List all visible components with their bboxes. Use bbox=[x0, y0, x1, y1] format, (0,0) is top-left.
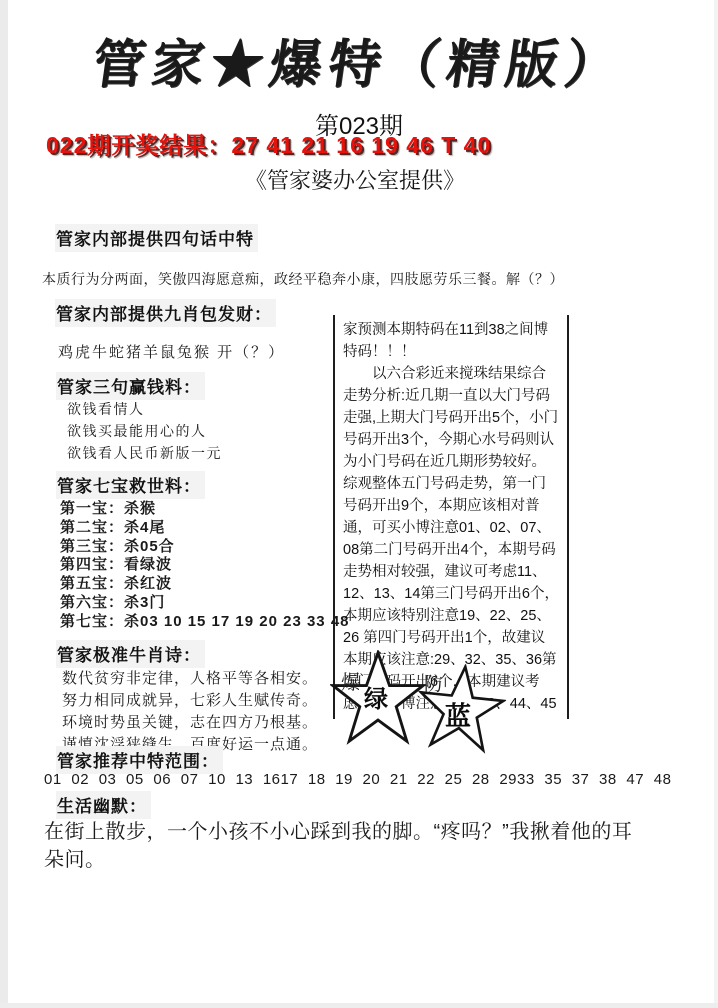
poem-line: 环境时势虽关键，志在四方乃根基。 bbox=[62, 712, 318, 734]
nine-zodiac-content: 鸡虎牛蛇猪羊鼠兔猴 开（？） bbox=[58, 341, 285, 362]
poem-line: 努力相同成就异，七彩人生赋传奇。 bbox=[62, 690, 318, 712]
four-sentences-content: 本质行为分两面，笑傲四海愿意痴，政经平稳奔小康，四肢愿劳乐三餐。解（？） bbox=[42, 269, 564, 289]
page-bottom-edge bbox=[0, 1003, 718, 1008]
section-four-sentences-heading: 管家内部提供四句话中特 bbox=[55, 224, 258, 252]
treasure-item: 第三宝：杀05合 bbox=[60, 538, 350, 557]
treasure-item: 第一宝：杀猴 bbox=[60, 500, 350, 519]
poem-line: 数代贫穷非定律，人格平等各相安。 bbox=[62, 668, 318, 690]
section-seven-treasures-heading: 管家七宝救世料： bbox=[56, 471, 205, 499]
guard-label: 防 bbox=[424, 669, 443, 696]
treasure-item: 第五宝：杀红波 bbox=[60, 575, 350, 594]
recommend-range-numbers: 01 02 03 05 06 07 10 13 1617 18 19 20 21… bbox=[44, 771, 671, 788]
win-tip-item: 欲钱看人民币新版一元 bbox=[67, 442, 222, 464]
section-zodiac-poem-heading: 管家极准牛肖诗： bbox=[56, 640, 205, 668]
section-humor-heading: 生活幽默： bbox=[56, 791, 151, 819]
page-right-edge bbox=[714, 0, 718, 1008]
burst-label: 爆 bbox=[341, 666, 361, 695]
tip-sheet-page: 管家★爆特（精版） 第023期 022期开奖结果：27 41 21 16 19 … bbox=[0, 0, 718, 1008]
green-star-text: 绿 bbox=[364, 679, 388, 714]
win-tip-item: 欲钱买最能用心的人 bbox=[67, 420, 222, 442]
seven-treasures-list: 第一宝：杀猴 第二宝：杀4尾 第三宝：杀05合 第四宝：看绿波 第五宝：杀红波 … bbox=[60, 500, 350, 632]
treasure-item: 第七宝：杀03 10 15 17 19 20 23 33 48 bbox=[60, 613, 350, 632]
win-tip-item: 欲钱看情人 bbox=[67, 398, 222, 420]
blue-star-text: 蓝 bbox=[445, 696, 471, 733]
humor-content: 在街上散步，一个小孩不小心踩到我的脚。“疼吗？”我揪着他的耳朵问。 bbox=[44, 818, 650, 874]
analysis-intro: 家预测本期特码在11到38之间博特码！！！ bbox=[343, 319, 559, 363]
provider-line: 《管家婆办公室提供》 bbox=[0, 164, 710, 195]
masthead-title: 管家★爆特（精版） bbox=[0, 22, 718, 97]
section-three-win-heading: 管家三句赢钱料： bbox=[56, 372, 205, 400]
previous-draw-result: 022期开奖结果：27 41 21 16 19 46 T 40 bbox=[46, 127, 491, 160]
page-left-edge bbox=[0, 0, 8, 1008]
zodiac-poem: 数代贫穷非定律，人格平等各相安。 努力相同成就异，七彩人生赋传奇。 环境时势虽关… bbox=[62, 668, 318, 756]
section-recommend-range-heading: 管家推荐中特范围： bbox=[56, 746, 223, 774]
three-win-list: 欲钱看情人 欲钱买最能用心的人 欲钱看人民币新版一元 bbox=[67, 398, 222, 464]
treasure-item: 第六宝：杀3门 bbox=[60, 594, 350, 613]
section-nine-zodiac-heading: 管家内部提供九肖包发财： bbox=[55, 299, 276, 327]
treasure-item: 第二宝：杀4尾 bbox=[60, 519, 350, 538]
treasure-item: 第四宝：看绿波 bbox=[60, 556, 350, 575]
